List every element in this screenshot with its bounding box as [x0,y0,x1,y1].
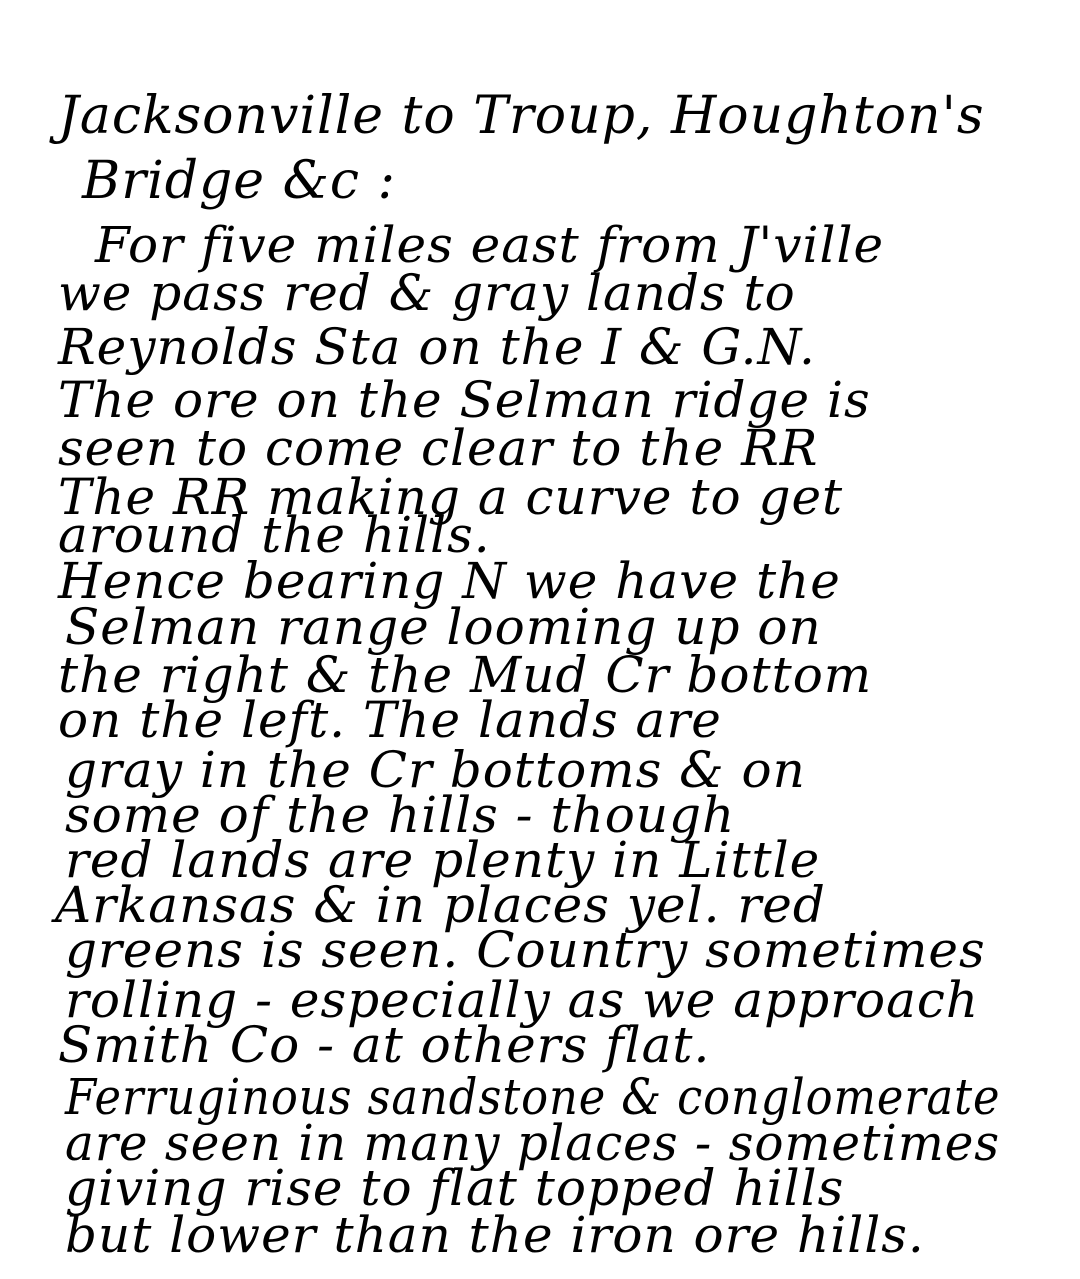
text-line-18: Smith Co - at others flat. [58,1020,710,1070]
handwritten-page: Jacksonville to Troup, Houghton's Bridge… [0,0,1080,1279]
text-line-4: The ore on the Selman ridge is [58,375,871,425]
text-line-11: on the left. The lands are [58,695,722,745]
text-line-5: seen to come clear to the RR [58,423,818,473]
text-line-1: For five miles east from J'ville [95,220,884,270]
text-line-3: Reynolds Sta on the I & G.N. [58,322,816,372]
heading-line-2: Bridge &c : [82,155,396,207]
text-line-2: we pass red & gray lands to [58,268,796,318]
text-line-16: greens is seen. Country sometimes [65,925,986,975]
text-line-22: but lower than the iron ore hills. [65,1210,925,1260]
heading-line-1: Jacksonville to Troup, Houghton's [58,90,985,142]
text-line-9: Selman range looming up on [65,602,822,652]
